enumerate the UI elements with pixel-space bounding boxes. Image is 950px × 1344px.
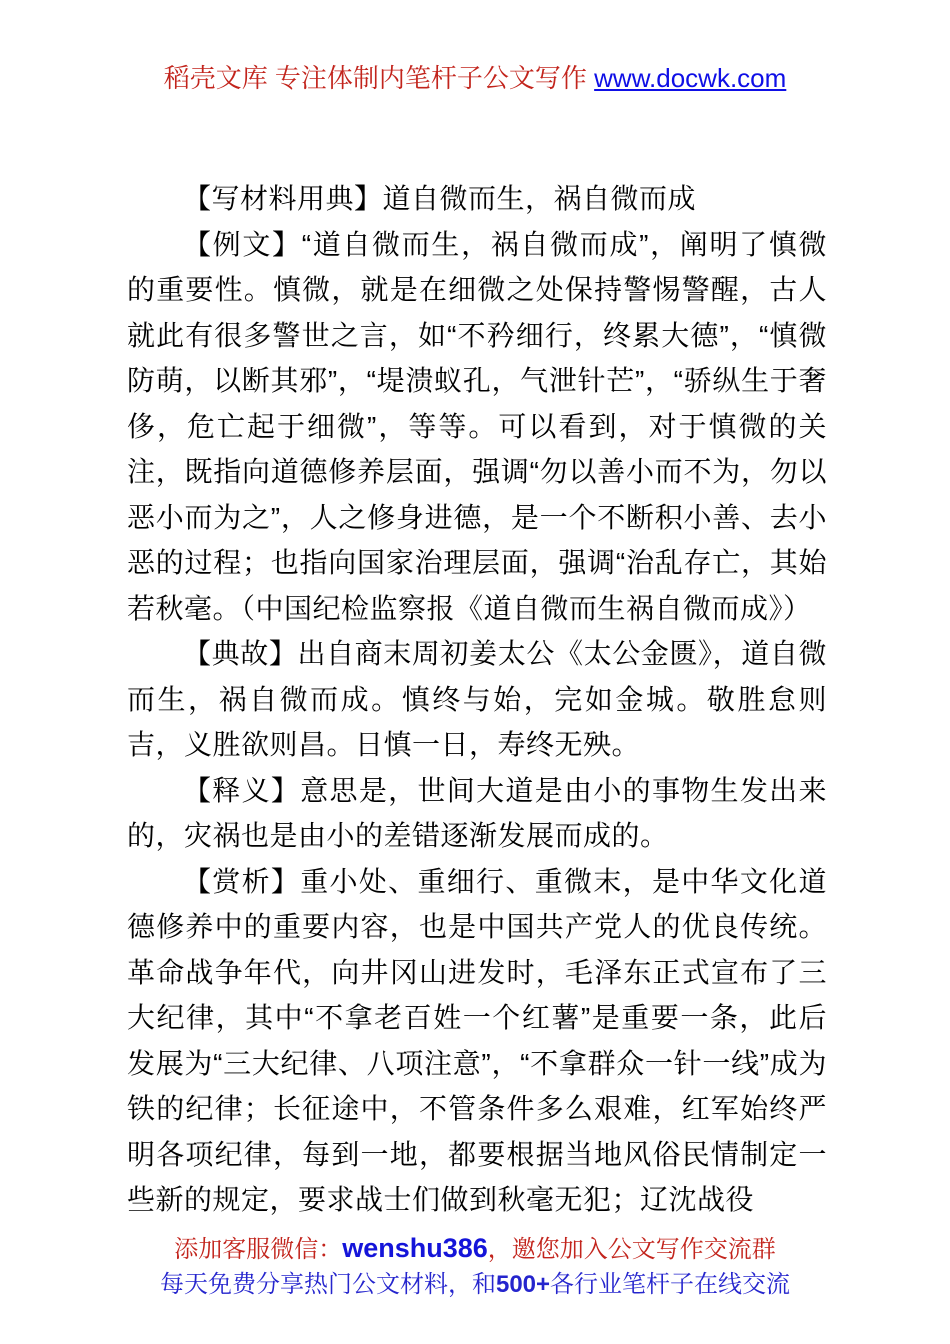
document-body: 【写材料用典】道自微而生，祸自微而成 【例文】“道自微而生，祸自微而成”，阐明了… [127, 176, 827, 1223]
footer-line2-suffix: 各行业笔杆子在线交流 [550, 1271, 790, 1298]
footer-line2-prefix: 每天免费分享热门公文材料，和 [160, 1271, 496, 1298]
footer-line2: 每天免费分享热门公文材料，和500+各行业笔杆子在线交流 [0, 1267, 950, 1302]
brand-text: 稻壳文库 专注体制内笔杆子公文写作 [164, 63, 594, 93]
footer-promo: 添加客服微信：wenshu386，邀您加入公文写作交流群 每天免费分享热门公文材… [0, 1231, 950, 1302]
paragraph-shiyi: 【释义】意思是，世间大道是由小的事物生发出来的，灾祸也是由小的差错逐渐发展而成的… [127, 768, 827, 859]
footer-member-count: 500+ [496, 1271, 550, 1298]
paragraph-shangxi: 【赏析】重小处、重细行、重微末，是中华文化道德修养中的重要内容，也是中国共产党人… [127, 859, 827, 1223]
site-url-link[interactable]: www.docwk.com [594, 63, 786, 93]
header-banner: 稻壳文库 专注体制内笔杆子公文写作 www.docwk.com [0, 62, 950, 94]
document-page: 稻壳文库 专注体制内笔杆子公文写作 www.docwk.com 【写材料用典】道… [0, 0, 950, 1344]
footer-line1-suffix: ，邀您加入公文写作交流群 [488, 1236, 776, 1263]
paragraph-liwen: 【例文】“道自微而生，祸自微而成”，阐明了慎微的重要性。慎微，就是在细微之处保持… [127, 222, 827, 632]
wechat-id-link[interactable]: wenshu386 [342, 1233, 488, 1263]
footer-line1-prefix: 添加客服微信： [174, 1236, 342, 1263]
doc-title: 【写材料用典】道自微而生，祸自微而成 [127, 176, 827, 222]
footer-line1: 添加客服微信：wenshu386，邀您加入公文写作交流群 [0, 1231, 950, 1267]
paragraph-diangu: 【典故】出自商末周初姜太公《太公金匮》，道自微而生，祸自微而成。慎终与始，完如金… [127, 631, 827, 768]
